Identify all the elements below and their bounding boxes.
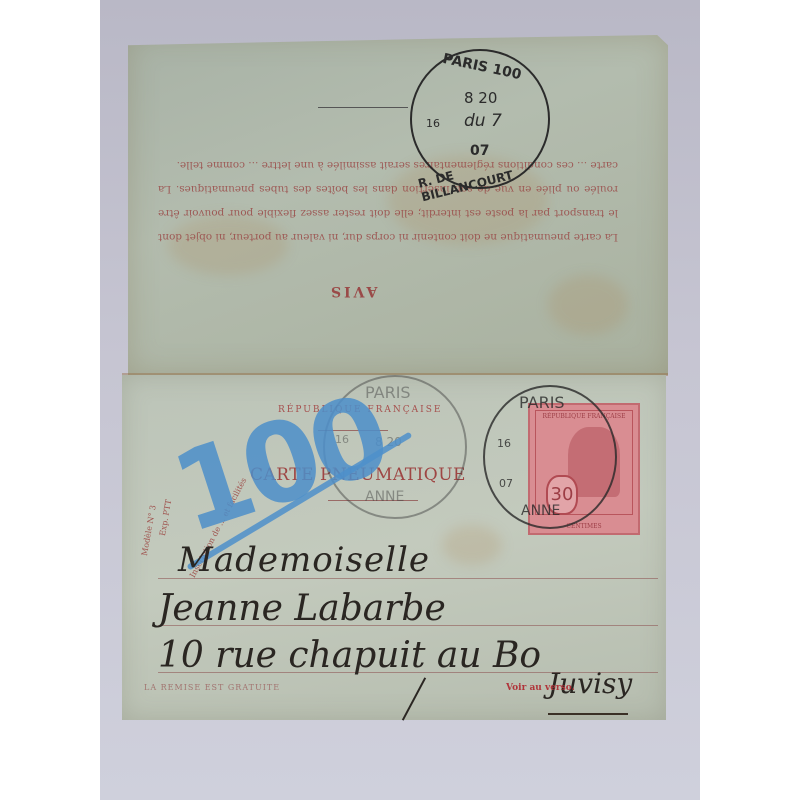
- notice-heading: AVIS: [328, 283, 377, 299]
- pneumatic-letter-card: La carte pneumatique ne doit contenir ni…: [128, 35, 668, 720]
- footer-free-delivery: LA REMISE EST GRATUITE: [144, 683, 280, 692]
- postmark-month: du 7: [464, 111, 502, 131]
- postmark-time: 8 20: [464, 89, 497, 107]
- card-top-flap: La carte pneumatique ne doit contenir ni…: [128, 35, 668, 375]
- signature-line: [318, 107, 408, 108]
- signature-flourish: [548, 713, 628, 715]
- footer-see-reverse: Voir au verso.: [506, 683, 575, 693]
- postmark-paris-on-stamp: PARIS 16 07 ANNE: [483, 385, 617, 529]
- postmark-ring-top: PARIS 100: [441, 51, 523, 83]
- address-recipient-name: Jeanne Labarbe: [158, 588, 446, 629]
- postmark-day: 16: [426, 117, 440, 130]
- address-recipient-title: Mademoiselle: [178, 540, 430, 580]
- postmark-year: 07: [470, 143, 489, 159]
- notice-text: La carte pneumatique ne doit contenir ni…: [158, 153, 618, 249]
- postmark-paris-100: PARIS 100 8 20 16 du 7 07 R. DE BILLANCO…: [410, 49, 550, 189]
- address-street: 10 rue chapuit au Bo: [158, 635, 541, 676]
